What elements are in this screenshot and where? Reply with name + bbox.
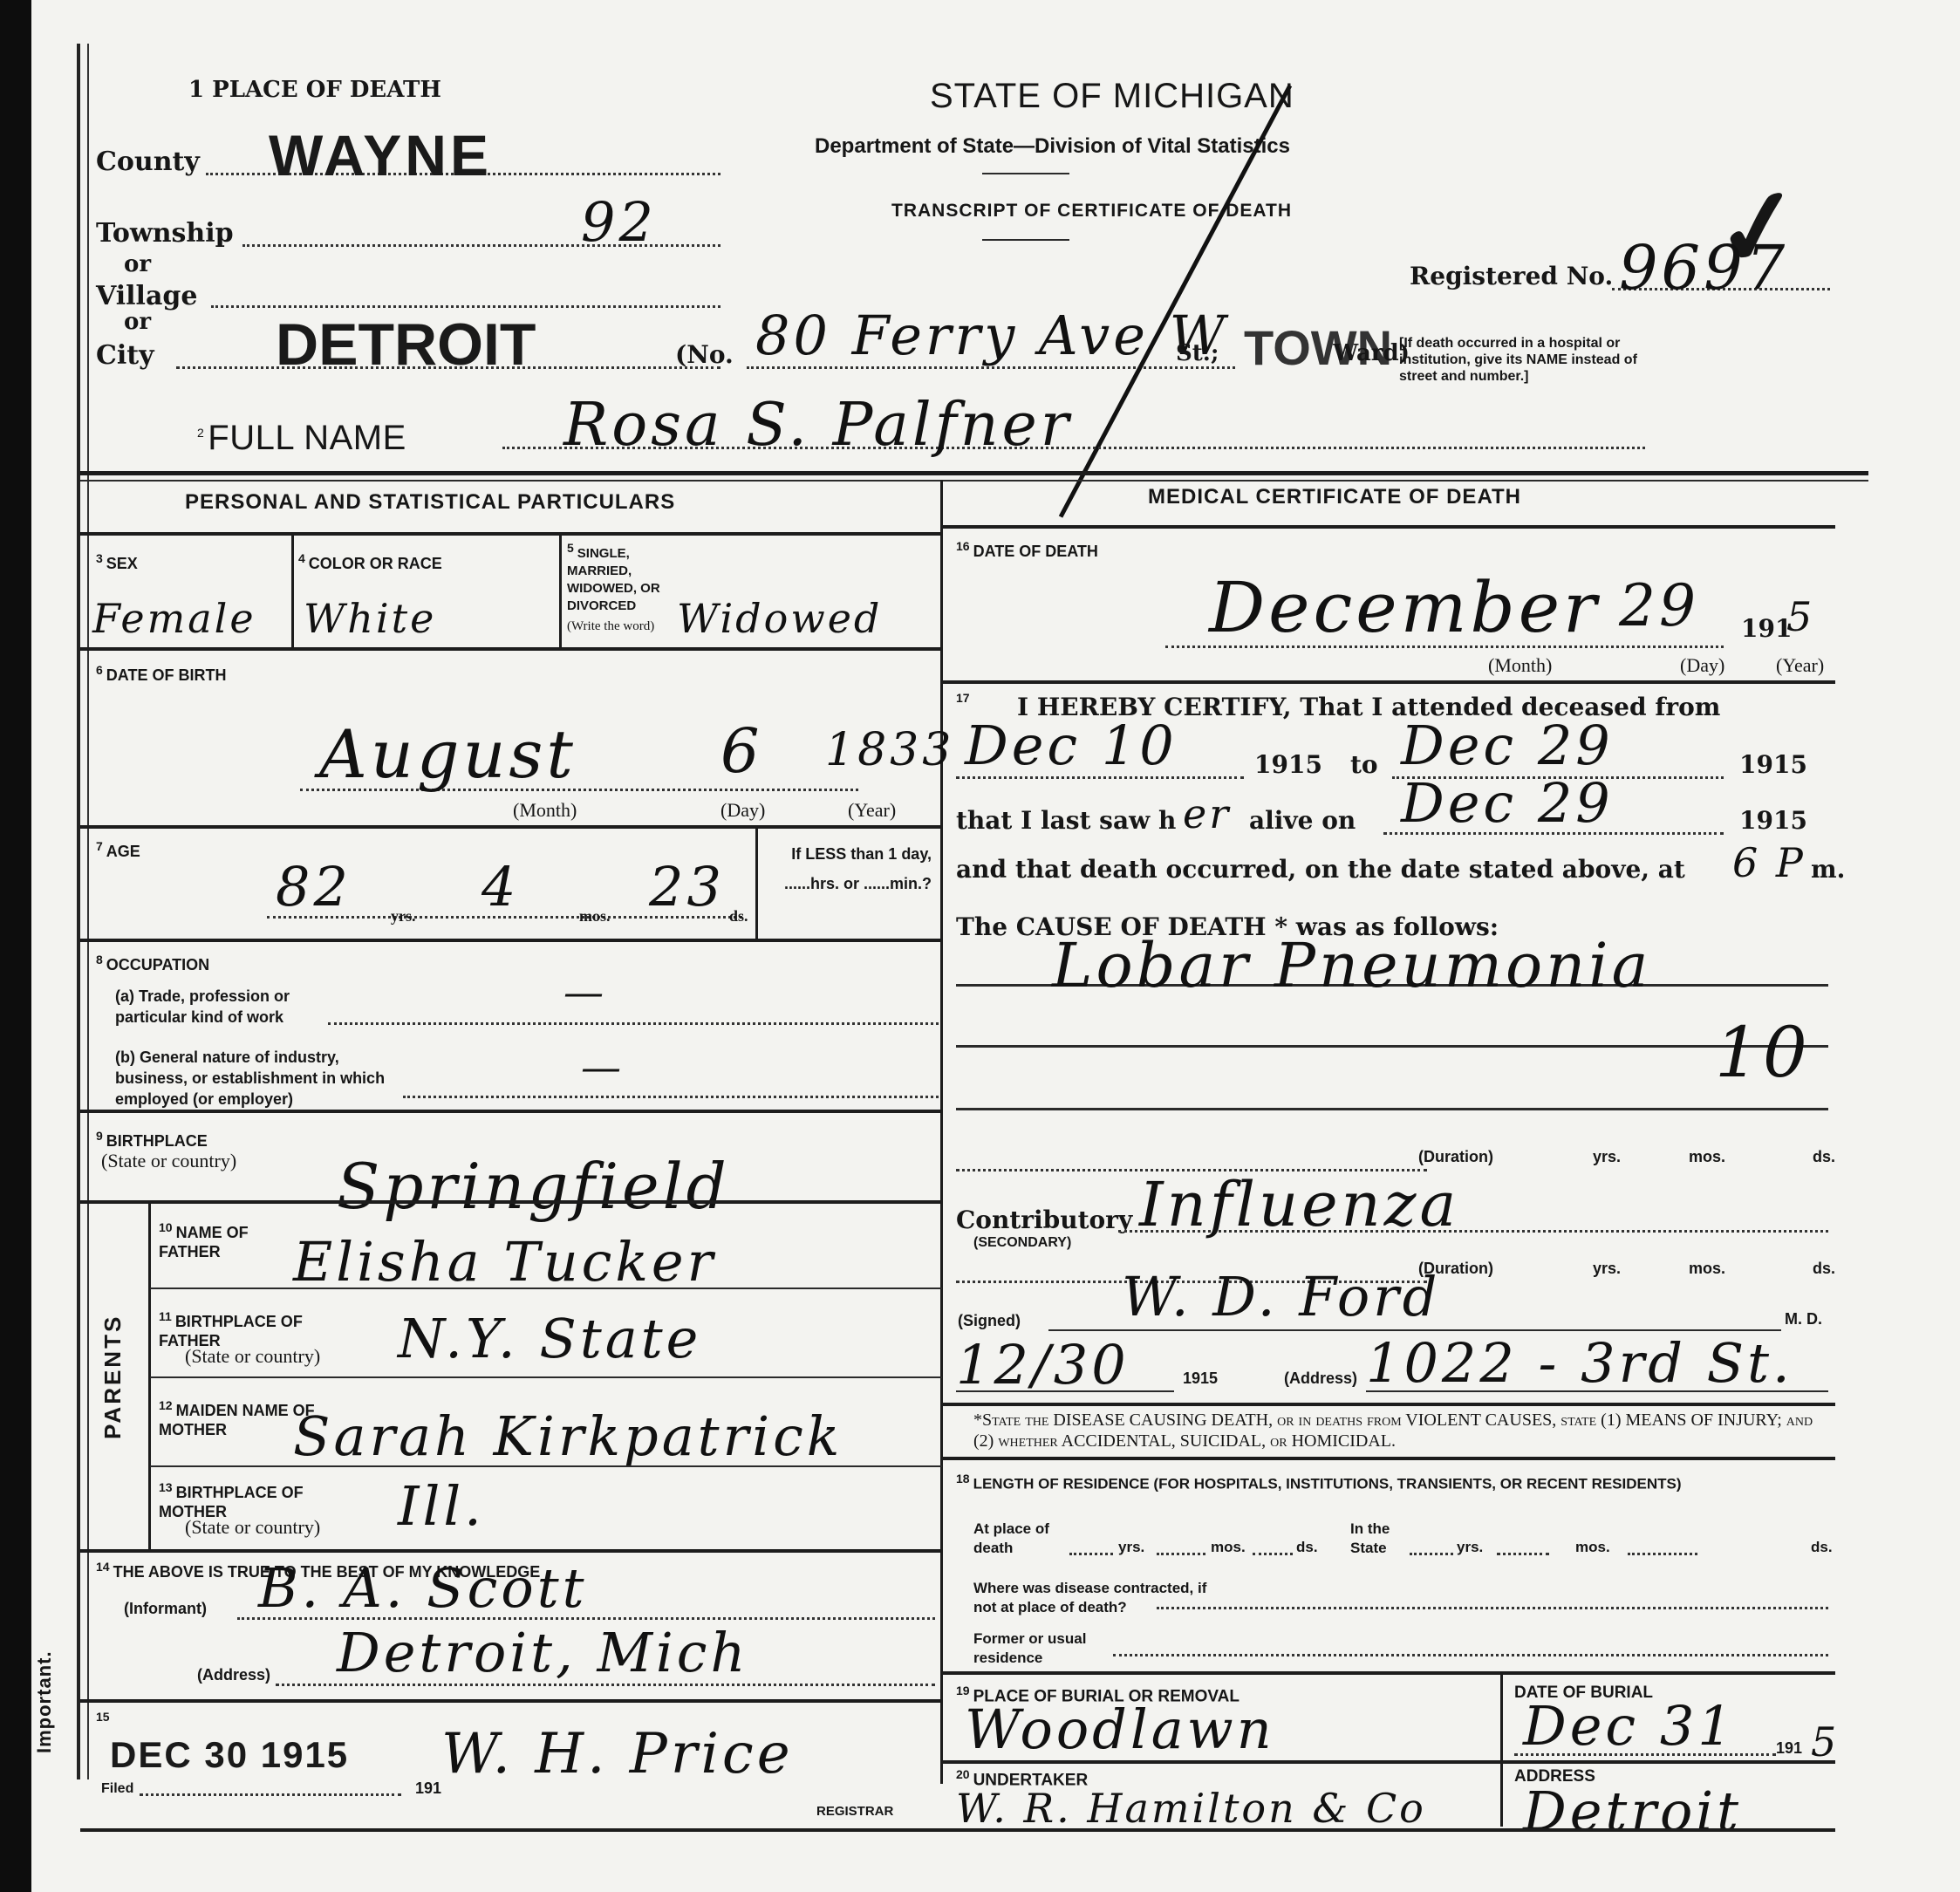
divider (150, 1465, 942, 1467)
sex-value: Female (92, 595, 256, 642)
filed-label: Filed (101, 1781, 133, 1797)
st-label: St.; (1176, 340, 1219, 366)
contributory-value: Influenza (1139, 1169, 1459, 1240)
divider (80, 647, 942, 651)
blank-line (1497, 1553, 1549, 1555)
divider (982, 173, 1069, 174)
cause-value: Lobar Pneumonia (1052, 930, 1651, 1001)
blank-line (1410, 1553, 1453, 1555)
mother-name-value: Sarah Kirkpatrick (293, 1404, 843, 1468)
divider (942, 1760, 1835, 1764)
county-label: County (96, 147, 200, 177)
township-label: Township (96, 218, 234, 249)
last-saw-date: Dec 29 (1401, 771, 1614, 835)
burial-year-prefix: 191 (1776, 1739, 1802, 1758)
form-title: TRANSCRIPT OF CERTIFICATE OF DEATH (891, 201, 1292, 222)
informant-label: (Informant) (124, 1600, 207, 1618)
divider (942, 1828, 1835, 1832)
filing-num: 15 (96, 1710, 110, 1724)
ds-label: ds. (1813, 1260, 1835, 1278)
contracted-label: Where was disease contracted, if not at … (973, 1579, 1218, 1617)
undertaker-address-value: Detroit (1523, 1779, 1742, 1843)
occupation-a-label: (a) Trade, profession or particular kind… (115, 986, 333, 1028)
blank-line (1069, 1553, 1113, 1555)
occupation-label: 8OCCUPATION (96, 953, 209, 974)
mos-label: mos. (1689, 1148, 1725, 1166)
father-birthplace-hint: (State or country) (185, 1345, 320, 1368)
secondary-label: (SECONDARY) (973, 1235, 1071, 1251)
dob-month: August (319, 715, 577, 793)
burial-date-value: Dec 31 (1523, 1694, 1736, 1758)
attended-from-year: 1915 (1254, 750, 1322, 779)
divider (80, 532, 942, 536)
dod-year-suffix: 5 (1786, 593, 1814, 640)
blank-line (1157, 1553, 1205, 1555)
birthplace-label: 9BIRTHPLACE (96, 1129, 208, 1151)
yrs-label: yrs. (1118, 1539, 1144, 1556)
divider (291, 534, 294, 647)
occupation-b-value: — (581, 1043, 624, 1090)
dod-year-prefix: 191 (1741, 614, 1792, 643)
filed-date-stamp: DEC 30 1915 (110, 1734, 349, 1776)
father-birthplace-label: 11BIRTHPLACE OF FATHER (159, 1307, 333, 1350)
father-birthplace-value: N.Y. State (398, 1307, 701, 1370)
occupation-a-value: — (563, 968, 606, 1015)
residence-title: 18LENGTH OF RESIDENCE (FOR HOSPITALS, IN… (956, 1469, 1828, 1494)
divider (942, 1403, 1835, 1406)
mos-label: mos. (1575, 1539, 1610, 1556)
contracted-line (1157, 1607, 1828, 1609)
city-label: City (96, 340, 154, 371)
divider (942, 1671, 1835, 1675)
divider (755, 827, 758, 939)
yrs-label: yrs. (391, 907, 416, 926)
county-value: WAYNE (269, 122, 492, 188)
father-name-label: 10NAME OF FATHER (159, 1218, 298, 1261)
dob-label: 6DATE OF BIRTH (96, 663, 226, 685)
divider (80, 825, 942, 829)
medical-section-title: MEDICAL CERTIFICATE OF DEATH (1148, 485, 1521, 509)
death-certificate: 1 PLACE OF DEATH County WAYNE Township 9… (75, 44, 1863, 1823)
registrar-label: REGISTRAR (816, 1804, 893, 1819)
former-residence-label: Former or usual residence (973, 1629, 1113, 1668)
dob-day: 6 (720, 715, 763, 787)
yrs-label: yrs. (1457, 1539, 1483, 1556)
village-line (211, 305, 720, 308)
age-label: 7AGE (96, 839, 140, 861)
burial-place-value: Woodlawn (965, 1697, 1275, 1761)
mos-label: mos. (1689, 1260, 1725, 1278)
or-text: or (124, 309, 151, 335)
hospital-note: [If death occurred in a hospital or inst… (1399, 335, 1661, 385)
filed-year-prefix: 191 (415, 1779, 441, 1798)
divider (942, 680, 1835, 684)
marital-label: 5SINGLE, MARRIED, WIDOWED, OR DIVORCED (567, 539, 663, 615)
ds-label: ds. (1813, 1148, 1835, 1166)
column-divider (940, 480, 943, 1784)
ds-label: ds. (729, 907, 748, 926)
sign-date: 12/30 (956, 1333, 1130, 1397)
blank-line (1628, 1553, 1697, 1555)
ward-label: Ward) (1333, 340, 1410, 366)
last-saw-pronoun: er (1183, 790, 1231, 837)
important-margin-note: Important. (33, 1650, 56, 1753)
divider (80, 1110, 942, 1113)
former-residence-line (1113, 1654, 1828, 1656)
mos-label: mos. (1211, 1539, 1246, 1556)
year-hint: (Year) (848, 799, 896, 822)
less-than-day: If LESS than 1 day, ......hrs. or ......… (766, 839, 932, 898)
dod-month: December (1209, 567, 1600, 648)
divider (1500, 1673, 1503, 1827)
age-months: 4 (481, 855, 519, 919)
township-value: 92 (581, 190, 657, 254)
village-label: Village (96, 281, 197, 311)
md-label: M. D. (1785, 1310, 1822, 1328)
alive-on-label: alive on (1249, 806, 1356, 835)
last-saw-year: 1915 (1739, 806, 1807, 835)
birthplace-hint: (State or country) (101, 1150, 236, 1172)
margin-mark: 10 (1715, 1012, 1811, 1093)
cause-line (956, 1045, 1828, 1048)
ds-label: ds. (1296, 1539, 1318, 1556)
divider (982, 239, 1069, 241)
department: Department of State—Division of Vital St… (815, 134, 1290, 159)
death-time: 6 P (1732, 839, 1806, 886)
doctor-address-value: 1022 - 3rd St. (1366, 1331, 1793, 1395)
day-hint: (Day) (720, 799, 765, 822)
divider (942, 1457, 1835, 1460)
divider (80, 1200, 942, 1204)
certify-num: 17 (956, 691, 970, 705)
day-hint: (Day) (1680, 654, 1724, 677)
mother-birthplace-hint: (State or country) (185, 1516, 320, 1539)
cause-line (956, 1108, 1828, 1110)
registered-no-value: 9697 (1619, 232, 1788, 304)
ds-label: ds. (1811, 1539, 1833, 1556)
divider (80, 939, 942, 942)
race-value: White (304, 595, 436, 642)
full-name-value: Rosa S. Palfner (563, 391, 1072, 460)
mother-birthplace-value: Ill. (398, 1474, 485, 1538)
informant-address-label: (Address) (197, 1666, 270, 1684)
marital-value: Widowed (677, 595, 882, 642)
father-name-value: Elisha Tucker (293, 1230, 716, 1294)
attended-from: Dec 10 (965, 714, 1178, 777)
informant-value: B. A. Scott (258, 1556, 588, 1620)
dod-label: 16DATE OF DEATH (956, 539, 1098, 561)
month-hint: (Month) (513, 799, 577, 822)
m-label: m. (1811, 855, 1845, 884)
divider (80, 1699, 942, 1703)
yrs-label: yrs. (1593, 1260, 1621, 1278)
sex-label: 3SEX (96, 551, 138, 573)
divider (942, 525, 1835, 529)
street-no-label: (No. (675, 340, 734, 369)
attended-to: Dec 29 (1401, 714, 1614, 777)
divider (80, 471, 1868, 475)
undertaker-value: W. R. Hamilton & Co (956, 1785, 1426, 1832)
border-line (77, 44, 80, 1779)
dob-year: 1833 (825, 724, 954, 776)
month-hint: (Month) (1488, 654, 1552, 677)
blank-line (1253, 1553, 1293, 1555)
occupation-b-label: (b) General nature of industry, business… (115, 1047, 403, 1110)
divider (559, 534, 562, 647)
filed-line (140, 1793, 401, 1796)
place-of-death-label: 1 PLACE OF DEATH (188, 77, 441, 103)
mother-birthplace-label: 13BIRTHPLACE OF MOTHER (159, 1478, 333, 1521)
border-line (87, 44, 89, 1779)
occupation-a-line (328, 1022, 939, 1025)
signed-value: W. D. Ford (1122, 1265, 1441, 1328)
registered-no-label: Registered No. (1410, 262, 1613, 290)
burial-year-suffix: 5 (1811, 1718, 1839, 1766)
birthplace-value: Springfield (337, 1150, 730, 1223)
death-occurred-text: and that death occurred, on the date sta… (956, 855, 1685, 884)
age-days: 23 (649, 855, 725, 919)
scan-edge (0, 0, 31, 1892)
state-title: STATE OF MICHIGAN (930, 77, 1294, 116)
divider (150, 1376, 942, 1378)
divider (80, 1828, 942, 1832)
personal-section-title: PERSONAL AND STATISTICAL PARTICULARS (185, 490, 675, 515)
yrs-label: yrs. (1593, 1148, 1621, 1166)
divider (150, 1288, 942, 1289)
to-label: to (1350, 750, 1378, 779)
divider (80, 1549, 942, 1553)
parents-label: PARENTS (99, 1315, 126, 1439)
sign-year: 1915 (1183, 1369, 1218, 1388)
duration-label: (Duration) (1418, 1148, 1493, 1166)
divider (80, 480, 1868, 482)
cause-footnote: *State the DISEASE CAUSING DEATH, or in … (973, 1410, 1828, 1451)
mos-label: mos. (579, 907, 611, 926)
city-value: DETROIT (276, 311, 536, 379)
age-years: 82 (276, 855, 352, 919)
or-text: or (124, 251, 151, 277)
signed-label: (Signed) (958, 1312, 1021, 1330)
informant-address-value: Detroit, Mich (337, 1621, 748, 1684)
year-hint: (Year) (1776, 654, 1824, 677)
full-name-label: 2FULL NAME (197, 419, 406, 458)
contributory-label: Contributory (956, 1206, 1132, 1234)
registrar-signature: W. H. Price (441, 1722, 794, 1786)
doctor-address-label: (Address) (1284, 1369, 1357, 1388)
at-place-label: At place of death (973, 1520, 1069, 1558)
in-state-label: In the State (1350, 1520, 1411, 1558)
race-label: 4COLOR OR RACE (298, 551, 442, 573)
marital-hint: (Write the word) (567, 619, 654, 634)
last-saw-label: that I last saw h (956, 806, 1176, 835)
occupation-b-line (403, 1096, 939, 1098)
attended-to-year: 1915 (1739, 750, 1807, 779)
dod-day: 29 (1619, 572, 1699, 639)
